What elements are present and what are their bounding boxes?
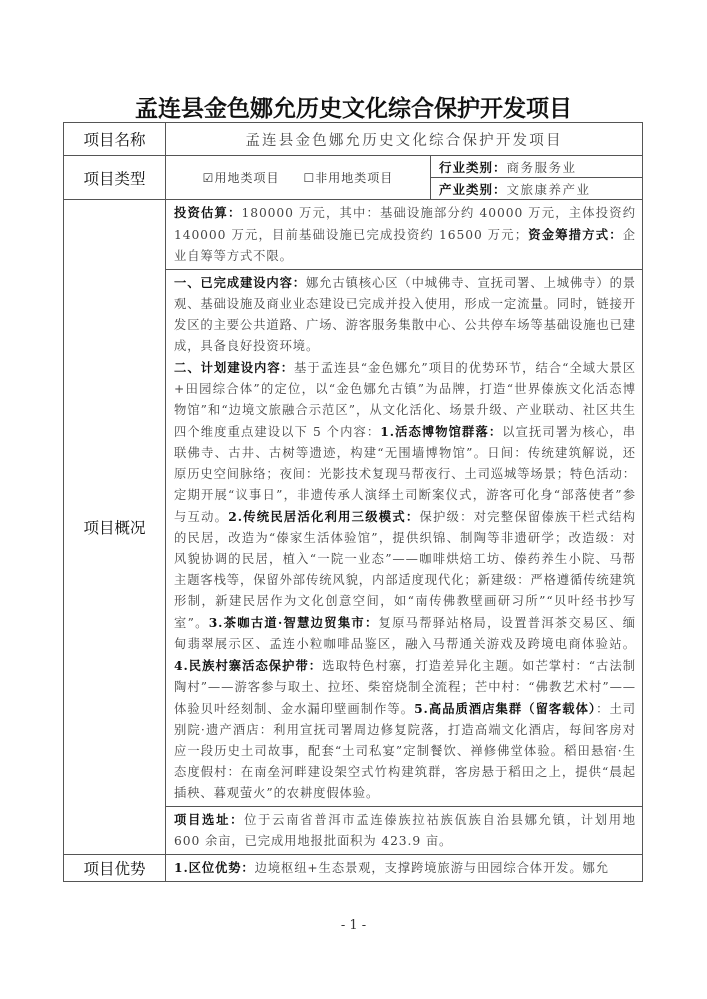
item1-label: 1.活态博物馆群落：: [380, 424, 502, 439]
site-text: 位于云南省普洱市孟连傣族拉祜族佤族自治县娜允镇，计划用地 600 余亩，已完成用…: [174, 813, 636, 848]
project-type-options: ☑用地类项目 ☐非用地类项目: [166, 156, 431, 200]
item5-label: 5.高品质酒店集群（留客载体）: [414, 701, 596, 716]
label-project-advantages: 项目优势: [64, 855, 166, 882]
item2-text: 保护级：对完整保留傣族干栏式结构的民居，改造为“傣家生活体验馆”，提供织锦、制陶…: [174, 510, 636, 630]
project-info-table: 项目名称 孟连县金色娜允历史文化综合保护开发项目 项目类型 ☑用地类项目 ☐非用…: [63, 122, 643, 882]
industry-category-label: 行业类别：: [439, 160, 507, 175]
label-project-type: 项目类型: [64, 156, 166, 200]
completed-label: 一、已完成建设内容：: [174, 275, 306, 290]
checkbox-non-land-project[interactable]: ☐: [304, 171, 316, 185]
document-title: 孟连县金色娜允历史文化综合保护开发项目: [0, 90, 707, 123]
item2-label: 2.传统民居活化利用三级模式：: [228, 509, 419, 524]
row-project-type: 项目类型 ☑用地类项目 ☐非用地类项目 行业类别：商务服务业: [64, 156, 643, 178]
option-non-land-project-label: 非用地类项目: [315, 171, 393, 185]
planned-label: 二、计划建设内容：: [174, 360, 294, 375]
item5-text: ：土司别院·遗产酒店：利用宣抚司署周边修复院落，打造高端文化酒店，每间客房对应一…: [174, 702, 636, 800]
page-number: - 1 -: [0, 918, 707, 933]
item3-label: 3.茶咖古道·智慧边贸集市：: [209, 615, 379, 630]
label-project-overview: 项目概况: [64, 200, 166, 855]
site-label: 项目选址：: [174, 812, 244, 827]
item4-label: 4.民族村寨活态保护带：: [174, 658, 322, 673]
sector-category: 产业类别：文旅康养产业: [431, 178, 643, 200]
investment-estimate: 投资估算：180000 万元，其中：基础设施部分约 40000 万元，主体投资约…: [166, 200, 643, 270]
industry-category-value: 商务服务业: [507, 160, 577, 175]
advantage1-text: 边境枢纽+生态景观，支撑跨境旅游与田园综合体开发。娜允: [255, 861, 609, 875]
row-overview-investment: 项目概况 投资估算：180000 万元，其中：基础设施部分约 40000 万元，…: [64, 200, 643, 270]
advantages-content: 1.区位优势：边境枢纽+生态景观，支撑跨境旅游与田园综合体开发。娜允: [166, 855, 643, 882]
project-site: 项目选址：位于云南省普洱市孟连傣族拉祜族佤族自治县娜允镇，计划用地 600 余亩…: [166, 807, 643, 855]
option-land-project-label: 用地类项目: [214, 171, 279, 185]
sector-category-value: 文旅康养产业: [507, 182, 591, 197]
row-project-advantages: 项目优势 1.区位优势：边境枢纽+生态景观，支撑跨境旅游与田园综合体开发。娜允: [64, 855, 643, 882]
investment-label: 投资估算：: [174, 205, 242, 220]
advantage1-label: 1.区位优势：: [174, 860, 255, 875]
sector-category-label: 产业类别：: [439, 182, 507, 197]
project-name-value: 孟连县金色娜允历史文化综合保护开发项目: [166, 123, 643, 156]
row-project-name: 项目名称 孟连县金色娜允历史文化综合保护开发项目: [64, 123, 643, 156]
funding-label: 资金筹措方式：: [528, 227, 623, 242]
industry-category: 行业类别：商务服务业: [431, 156, 643, 178]
checkbox-land-project[interactable]: ☑: [203, 171, 215, 185]
construction-content: 一、已完成建设内容：娜允古镇核心区（中城佛寺、宣抚司署、上城佛寺）的景观、基础设…: [166, 270, 643, 807]
label-project-name: 项目名称: [64, 123, 166, 156]
